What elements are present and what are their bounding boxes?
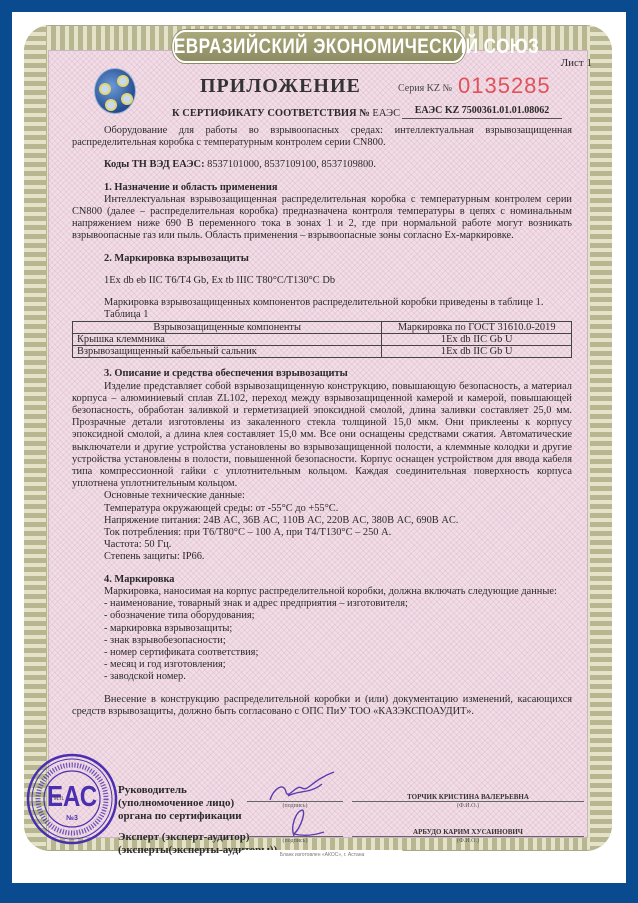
ex-marking: 1Ex db eb IIC T6/T4 Gb, Ex tb IIIC T80°C…: [72, 275, 572, 287]
certificate-label-suffix: ЕАЭС: [370, 108, 400, 119]
certificate-number: ЕАЭС KZ 7500361.01.01.08062: [402, 105, 562, 119]
closing-note: Внесение в конструкцию распределительной…: [72, 694, 572, 718]
expert-signature-caption: (подпись): [247, 838, 343, 844]
table-cell: Крышка клеммника: [73, 334, 382, 346]
expert-signature-line: [247, 836, 343, 837]
codes-value: 8537101000, 8537109100, 8537109800.: [205, 159, 376, 170]
head-name-line: [352, 801, 584, 802]
head-name-caption: (Ф.И.О.): [352, 803, 584, 809]
marking-item: - маркировка взрывозащиты;: [72, 623, 572, 635]
tech-item: Температура окружающей среды: от -55°C д…: [72, 503, 572, 515]
eac-stamp-icon: ЕАС №3 М.П.: [26, 752, 118, 846]
table-caption: Таблица 1: [72, 309, 572, 321]
head-name: ТОРЧИК КРИСТИНА ВАЛЕРЬЕВНА: [352, 793, 584, 801]
section-1-heading: 1. Назначение и область применения: [72, 182, 572, 194]
stamp-initials: М.П.: [54, 797, 65, 802]
hologram-icon: [94, 68, 136, 114]
section-4-text: Маркировка, наносимая на корпус распреде…: [72, 586, 572, 598]
document-title: ПРИЛОЖЕНИЕ: [200, 75, 361, 98]
head-label: Руководитель: [118, 784, 277, 797]
certificate-label-main: К СЕРТИФИКАТУ СООТВЕТСТВИЯ №: [172, 108, 370, 119]
components-table: Взрывозащищенные компоненты Маркировка п…: [72, 321, 572, 358]
expert-name-line: [352, 836, 584, 837]
sheet-number: Лист 1: [561, 57, 592, 69]
table-header-row: Взрывозащищенные компоненты Маркировка п…: [73, 322, 572, 334]
certificate-label: К СЕРТИФИКАТУ СООТВЕТСТВИЯ № ЕАЭС: [172, 108, 400, 119]
marking-item: - заводской номер.: [72, 671, 572, 683]
table-header: Маркировка по ГОСТ 31610.0-2019: [382, 322, 572, 334]
marking-item: - месяц и год изготовления;: [72, 659, 572, 671]
head-label: органа по сертификации: [118, 810, 277, 823]
tech-item: Напряжение питания: 24В AC, 36В AC, 110В…: [72, 515, 572, 527]
table-cell: Взрывозащищенный кабельный сальник: [73, 346, 382, 358]
marking-item: - знак взрывобезопасности;: [72, 635, 572, 647]
table-row: Взрывозащищенный кабельный сальник 1Ex d…: [73, 346, 572, 358]
document-content: Оборудование для работы во взрывоопасных…: [72, 125, 572, 718]
table-cell: 1Ex db IIC Gb U: [382, 346, 572, 358]
marking-item: - обозначение типа оборудования;: [72, 610, 572, 622]
tech-item: Частота: 50 Гц.: [72, 539, 572, 551]
marking-item: - наименование, товарный знак и адрес пр…: [72, 598, 572, 610]
marking-item: - номер сертификата соответствия;: [72, 647, 572, 659]
signature-labels: Руководитель (уполномоченное лицо) орган…: [118, 784, 277, 857]
blank-manufacturer-label: Бланк изготовлен «АКОС», г. Астана: [240, 850, 404, 860]
equipment-description: Оборудование для работы во взрывоопасных…: [72, 125, 572, 149]
section-3-heading: 3. Описание и средства обеспечения взрыв…: [72, 368, 572, 380]
union-banner: ЕВРАЗИЙСКИЙ ЭКОНОМИЧЕСКИЙ СОЮЗ: [172, 30, 466, 63]
series-number: 0135285: [458, 73, 551, 99]
tech-data-heading: Основные технические данные:: [72, 490, 572, 502]
expert-signature-icon: [272, 806, 332, 840]
tech-item: Степень защиты: IP66.: [72, 551, 572, 563]
tech-item: Ток потребления: при T6/T80°C – 100 А, п…: [72, 527, 572, 539]
expert-name-caption: (Ф.И.О.): [352, 838, 584, 844]
section-4-heading: 4. Маркировка: [72, 574, 572, 586]
codes-label: Коды ТН ВЭД ЕАЭС:: [104, 159, 205, 170]
table-intro: Маркировка взрывозащищенных компонентов …: [72, 297, 572, 309]
head-signature-line: [247, 801, 343, 802]
expert-name: АРБУДО КАРИМ ХУСАИНОВИЧ: [352, 828, 584, 836]
section-1-text: Интеллектуальная взрывозащищенная распре…: [72, 194, 572, 243]
tn-ved-codes: Коды ТН ВЭД ЕАЭС: 8537101000, 8537109100…: [72, 159, 572, 171]
table-row: Крышка клеммника 1Ex db IIC Gb U: [73, 334, 572, 346]
table-cell: 1Ex db IIC Gb U: [382, 334, 572, 346]
table-header: Взрывозащищенные компоненты: [73, 322, 382, 334]
series-label: Серия KZ №: [398, 83, 452, 94]
section-2-heading: 2. Маркировка взрывозащиты: [72, 253, 572, 265]
stamp-number: №3: [66, 814, 78, 822]
section-3-text: Изделие представляет собой взрывозащищен…: [72, 381, 572, 491]
